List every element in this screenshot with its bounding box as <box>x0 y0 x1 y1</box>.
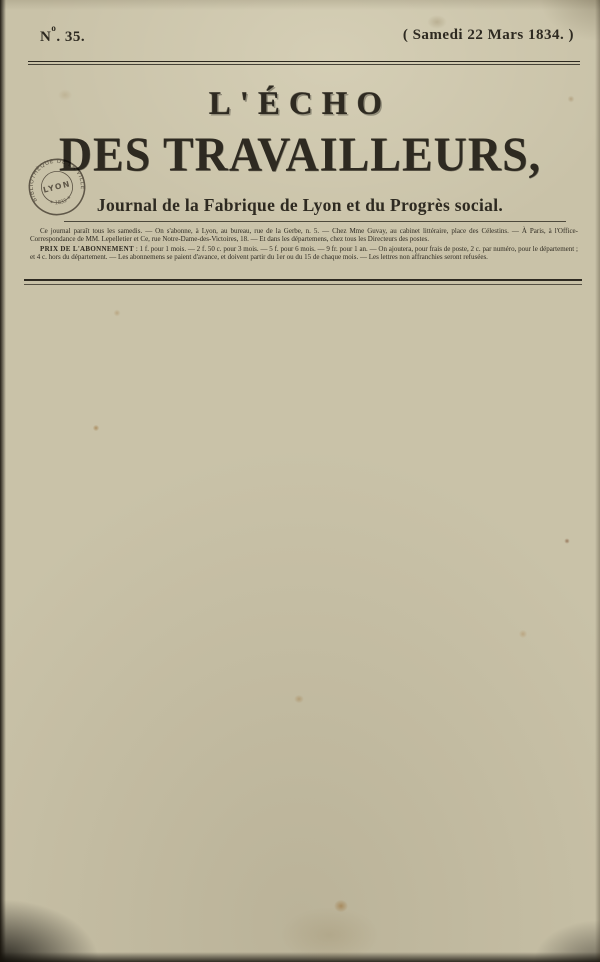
header-double-rule <box>28 61 580 65</box>
issue-number: No. 35. <box>40 27 85 46</box>
issue-superscript: o <box>51 23 56 33</box>
imprint-line-2: PRIX DE L'ABONNEMENT : 1 f. pour 1 mois.… <box>30 245 578 262</box>
imprint-block: Ce journal paraît tous les samedis. — On… <box>30 227 578 263</box>
body-top-rule <box>24 279 582 285</box>
issue-prefix: N <box>40 29 51 45</box>
issue-rest: . 35. <box>56 29 85 45</box>
imprint-price-label: PRIX DE L'ABONNEMENT <box>40 245 134 253</box>
masthead-title-line2: DES TRAVAILLEURS, <box>0 126 600 182</box>
newspaper-page: No. 35. ( Samedi 22 Mars 1834. ) L'ÉCHO … <box>0 0 600 962</box>
subtitle-rule <box>64 221 566 222</box>
stamp-center-text: LYON <box>42 179 72 195</box>
issue-date: ( Samedi 22 Mars 1834. ) <box>403 27 574 46</box>
stamp-year: ✶ 1833 ✶ <box>47 194 74 209</box>
masthead-title-line1: L'ÉCHO <box>0 86 600 123</box>
page-header: No. 35. ( Samedi 22 Mars 1834. ) <box>40 27 574 46</box>
imprint-line-1: Ce journal paraît tous les samedis. — On… <box>30 227 578 244</box>
